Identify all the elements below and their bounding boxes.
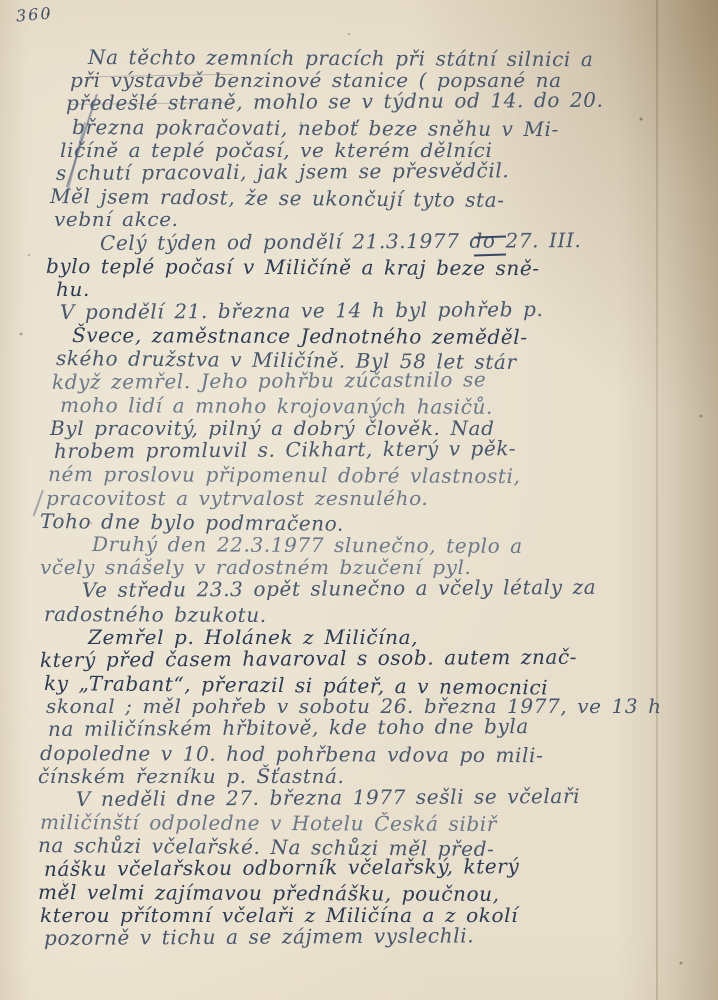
manuscript-line: ném proslovu připomenul dobré vlastnosti… <box>48 463 718 489</box>
manuscript-line: Na těchto zemních pracích při státní sil… <box>88 46 718 72</box>
manuscript-line: když zemřel. Jeho pohřbu zúčastnilo se <box>52 367 718 394</box>
manuscript-line: pracovitost a vytrvalost zesnulého. <box>46 487 718 510</box>
manuscript-line: bylo teplé počasí v Miličíně a kraj beze… <box>46 255 718 281</box>
manuscript-line: měl velmi zajímavou přednášku, poučnou, <box>38 881 718 907</box>
manuscript-line: V neděli dne 27. března 1977 sešli se vč… <box>76 784 718 811</box>
manuscript-line: nášku včelařskou odborník včelařský, kte… <box>44 853 718 880</box>
paper-speckles <box>0 0 2 2</box>
manuscript-line: který před časem havaroval s osob. autem… <box>40 645 718 672</box>
manuscript-line: radostného bzukotu. <box>44 603 718 629</box>
manuscript-line: V pondělí 21. března ve 14 h byl pohřeb … <box>60 297 718 324</box>
manuscript-line: hrobem promluvil s. Cikhart, který v pěk… <box>54 436 718 463</box>
manuscript-line: na miličínském hřbitově, kde toho dne by… <box>48 714 718 741</box>
manuscript-line: března pokračovati, neboť beze sněhu v M… <box>72 116 718 142</box>
manuscript-line: dopoledne v 10. hod pohřbena vdova po mi… <box>40 742 718 768</box>
manuscript-line: moho lidí a mnoho krojovaných hasičů. <box>60 394 718 420</box>
manuscript-line: Ve středu 23.3 opět slunečno a včely lét… <box>82 575 718 602</box>
manuscript-line: Celý týden od pondělí 21.3.1977 do 27. I… <box>100 228 718 255</box>
manuscript-page: 360 Na těchto zemních pracích při státní… <box>0 0 718 1000</box>
manuscript-line: Druhý den 22.3.1977 slunečno, teplo a <box>92 533 718 559</box>
manuscript-text: Na těchto zemních pracích při státní sil… <box>0 46 718 950</box>
manuscript-line: s chutí pracovali, jak jsem se přesvědči… <box>56 158 718 185</box>
manuscript-line: pozorně v tichu a se zájmem vyslechli. <box>44 923 718 950</box>
manuscript-line: předešlé straně, mohlo se v týdnu od 14.… <box>66 88 718 115</box>
page-number: 360 <box>15 3 53 25</box>
